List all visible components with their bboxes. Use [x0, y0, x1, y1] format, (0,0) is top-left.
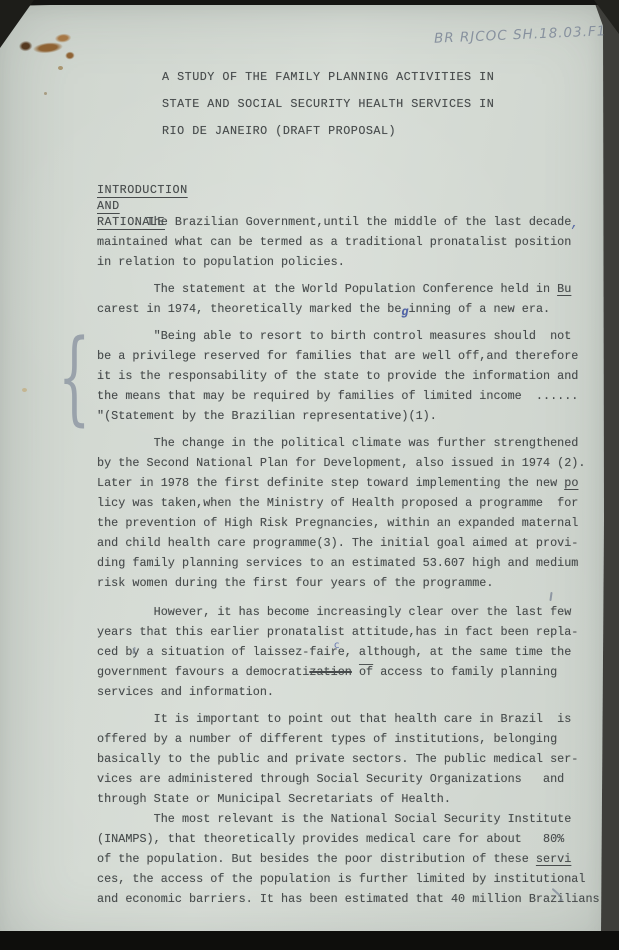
text-line: ced by a situation of laissez-faire, alt… — [97, 642, 615, 662]
text-line: . The Brazilian Government,until the mid… — [97, 212, 615, 232]
text-line: The most relevant is the National Social… — [97, 809, 615, 829]
text-line: government favours a democratization of … — [97, 662, 615, 682]
text-line: in relation to population policies. — [97, 252, 615, 272]
text-line: "(Statement by the Brazilian representat… — [97, 406, 615, 426]
text-line: through State or Municipal Secretariats … — [97, 789, 615, 809]
text-run: services and information. — [97, 685, 274, 699]
text-line: vices are administered through Social Se… — [97, 769, 615, 789]
text-line: licy was taken,when the Ministry of Heal… — [97, 493, 615, 513]
handwritten-correction-c: c — [334, 640, 340, 651]
paragraph-p4: The change in the political climate was … — [97, 433, 615, 593]
text-line: carest in 1974, theoretically marked the… — [97, 299, 615, 319]
text-line: be a privilege reserved for families tha… — [97, 346, 615, 366]
text-run: be a privilege reserved for families tha… — [97, 349, 578, 363]
margin-brace-annotation: { — [58, 327, 90, 429]
text-run: years that this earlier pronatalist atti… — [97, 625, 578, 639]
text-line: of the population. But besides the poor … — [97, 849, 615, 869]
text-run: by the Second National Plan for Developm… — [97, 456, 585, 470]
text-run: basically to the public and private sect… — [97, 752, 578, 766]
text-line: offered by a number of different types o… — [97, 729, 615, 749]
text-line: The statement at the World Population Co… — [97, 279, 615, 299]
text-line: maintained what can be termed as a tradi… — [97, 232, 615, 252]
text-line: years that this earlier pronatalist atti… — [97, 622, 615, 642]
text-run: "Being able to resort to birth control m… — [97, 329, 571, 343]
text-run: the prevention of High Risk Pregnancies,… — [97, 516, 578, 530]
text-run: of the population. But besides the poor … — [97, 852, 536, 866]
text-run: risk women during the first four years o… — [97, 576, 493, 590]
text-run: po — [564, 476, 578, 490]
text-run: government favours a democrati — [97, 665, 309, 679]
text-run: carest in 1974, theoretically marked the… — [97, 302, 401, 316]
paragraph-p7: The most relevant is the National Social… — [97, 809, 615, 909]
text-run: through State or Municipal Secretariats … — [97, 792, 451, 806]
text-line: and child health care programme(3). The … — [97, 533, 615, 553]
scan-edge-bottom — [0, 931, 619, 950]
text-run: However, it has become increasingly clea… — [97, 605, 571, 619]
text-run: ces, the access of the population is fur… — [97, 872, 585, 886]
text-run: vices are administered through Social Se… — [97, 772, 564, 786]
text-run: zation — [309, 665, 351, 679]
text-run: (INAMPS), that theoretically provides me… — [97, 832, 564, 846]
paragraph-p6: It is important to point out that health… — [97, 709, 615, 809]
text-run: It is important to point out that health… — [97, 712, 571, 726]
text-run: "(Statement by the Brazilian representat… — [97, 409, 437, 423]
scan-edge-top — [0, 0, 619, 5]
text-run: the means that may be required by famili… — [97, 389, 578, 403]
text-run: servi — [536, 852, 571, 866]
title-line: RIO DE JANEIRO (DRAFT PROPOSAL) — [162, 118, 494, 145]
text-run: ding family planning services to an esti… — [97, 556, 578, 570]
text-run: , — [571, 217, 578, 231]
document-title: A STUDY OF THE FAMILY PLANNING ACTIVITIE… — [162, 64, 494, 145]
text-line: services and information. — [97, 682, 615, 702]
text-run: and child health care programme(3). The … — [97, 536, 578, 550]
paragraph-p3: "Being able to resort to birth control m… — [97, 326, 615, 426]
text-run: access to family planning — [373, 665, 557, 679]
paragraph-p1: . The Brazilian Government,until the mid… — [97, 212, 615, 272]
paragraph-p2: The statement at the World Population Co… — [97, 279, 615, 319]
text-run: Bu — [557, 282, 571, 296]
text-run: offered by a number of different types o… — [97, 732, 557, 746]
text-line: "Being able to resort to birth control m… — [97, 326, 615, 346]
text-line: ces, the access of the population is fur… — [97, 869, 615, 889]
text-run: and economic barriers. It has been estim… — [97, 892, 600, 906]
text-line: it is the responsability of the state to… — [97, 366, 615, 386]
paper-speck — [44, 92, 47, 95]
text-line: ding family planning services to an esti… — [97, 553, 615, 573]
text-run: . The Brazilian Government,until the mid… — [97, 215, 571, 229]
text-line: the prevention of High Risk Pregnancies,… — [97, 513, 615, 533]
text-line: However, it has become increasingly clea… — [97, 602, 615, 622]
text-line: and economic barriers. It has been estim… — [97, 889, 615, 909]
text-run: The change in the political climate was … — [97, 436, 578, 450]
text-run: g — [401, 305, 408, 319]
text-run: of — [359, 665, 373, 679]
paper-speck — [22, 388, 27, 392]
text-run: The most relevant is the National Social… — [97, 812, 571, 826]
text-line: It is important to point out that health… — [97, 709, 615, 729]
text-run: maintained what can be termed as a tradi… — [97, 235, 571, 249]
title-line: A STUDY OF THE FAMILY PLANNING ACTIVITIE… — [162, 64, 494, 91]
text-run: licy was taken,when the Ministry of Heal… — [97, 496, 578, 510]
text-line: by the Second National Plan for Developm… — [97, 453, 615, 473]
paper-speck — [58, 66, 63, 70]
rust-stain — [12, 23, 80, 73]
text-line: Later in 1978 the first definite step to… — [97, 473, 615, 493]
text-run: in relation to population policies. — [97, 255, 345, 269]
text-line: (INAMPS), that theoretically provides me… — [97, 829, 615, 849]
text-run — [352, 665, 359, 679]
text-line: risk women during the first four years o… — [97, 573, 615, 593]
title-line: STATE AND SOCIAL SECURITY HEALTH SERVICE… — [162, 91, 494, 118]
text-line: The change in the political climate was … — [97, 433, 615, 453]
text-line: the means that may be required by famili… — [97, 386, 615, 406]
text-run: inning of a new era. — [409, 302, 551, 316]
text-run: Later in 1978 the first definite step to… — [97, 476, 564, 490]
document-body: . The Brazilian Government,until the mid… — [97, 212, 615, 909]
text-run: it is the responsability of the state to… — [97, 369, 578, 383]
text-line: basically to the public and private sect… — [97, 749, 615, 769]
text-run: The statement at the World Population Co… — [97, 282, 557, 296]
paragraph-p5: However, it has become increasingly clea… — [97, 602, 615, 702]
